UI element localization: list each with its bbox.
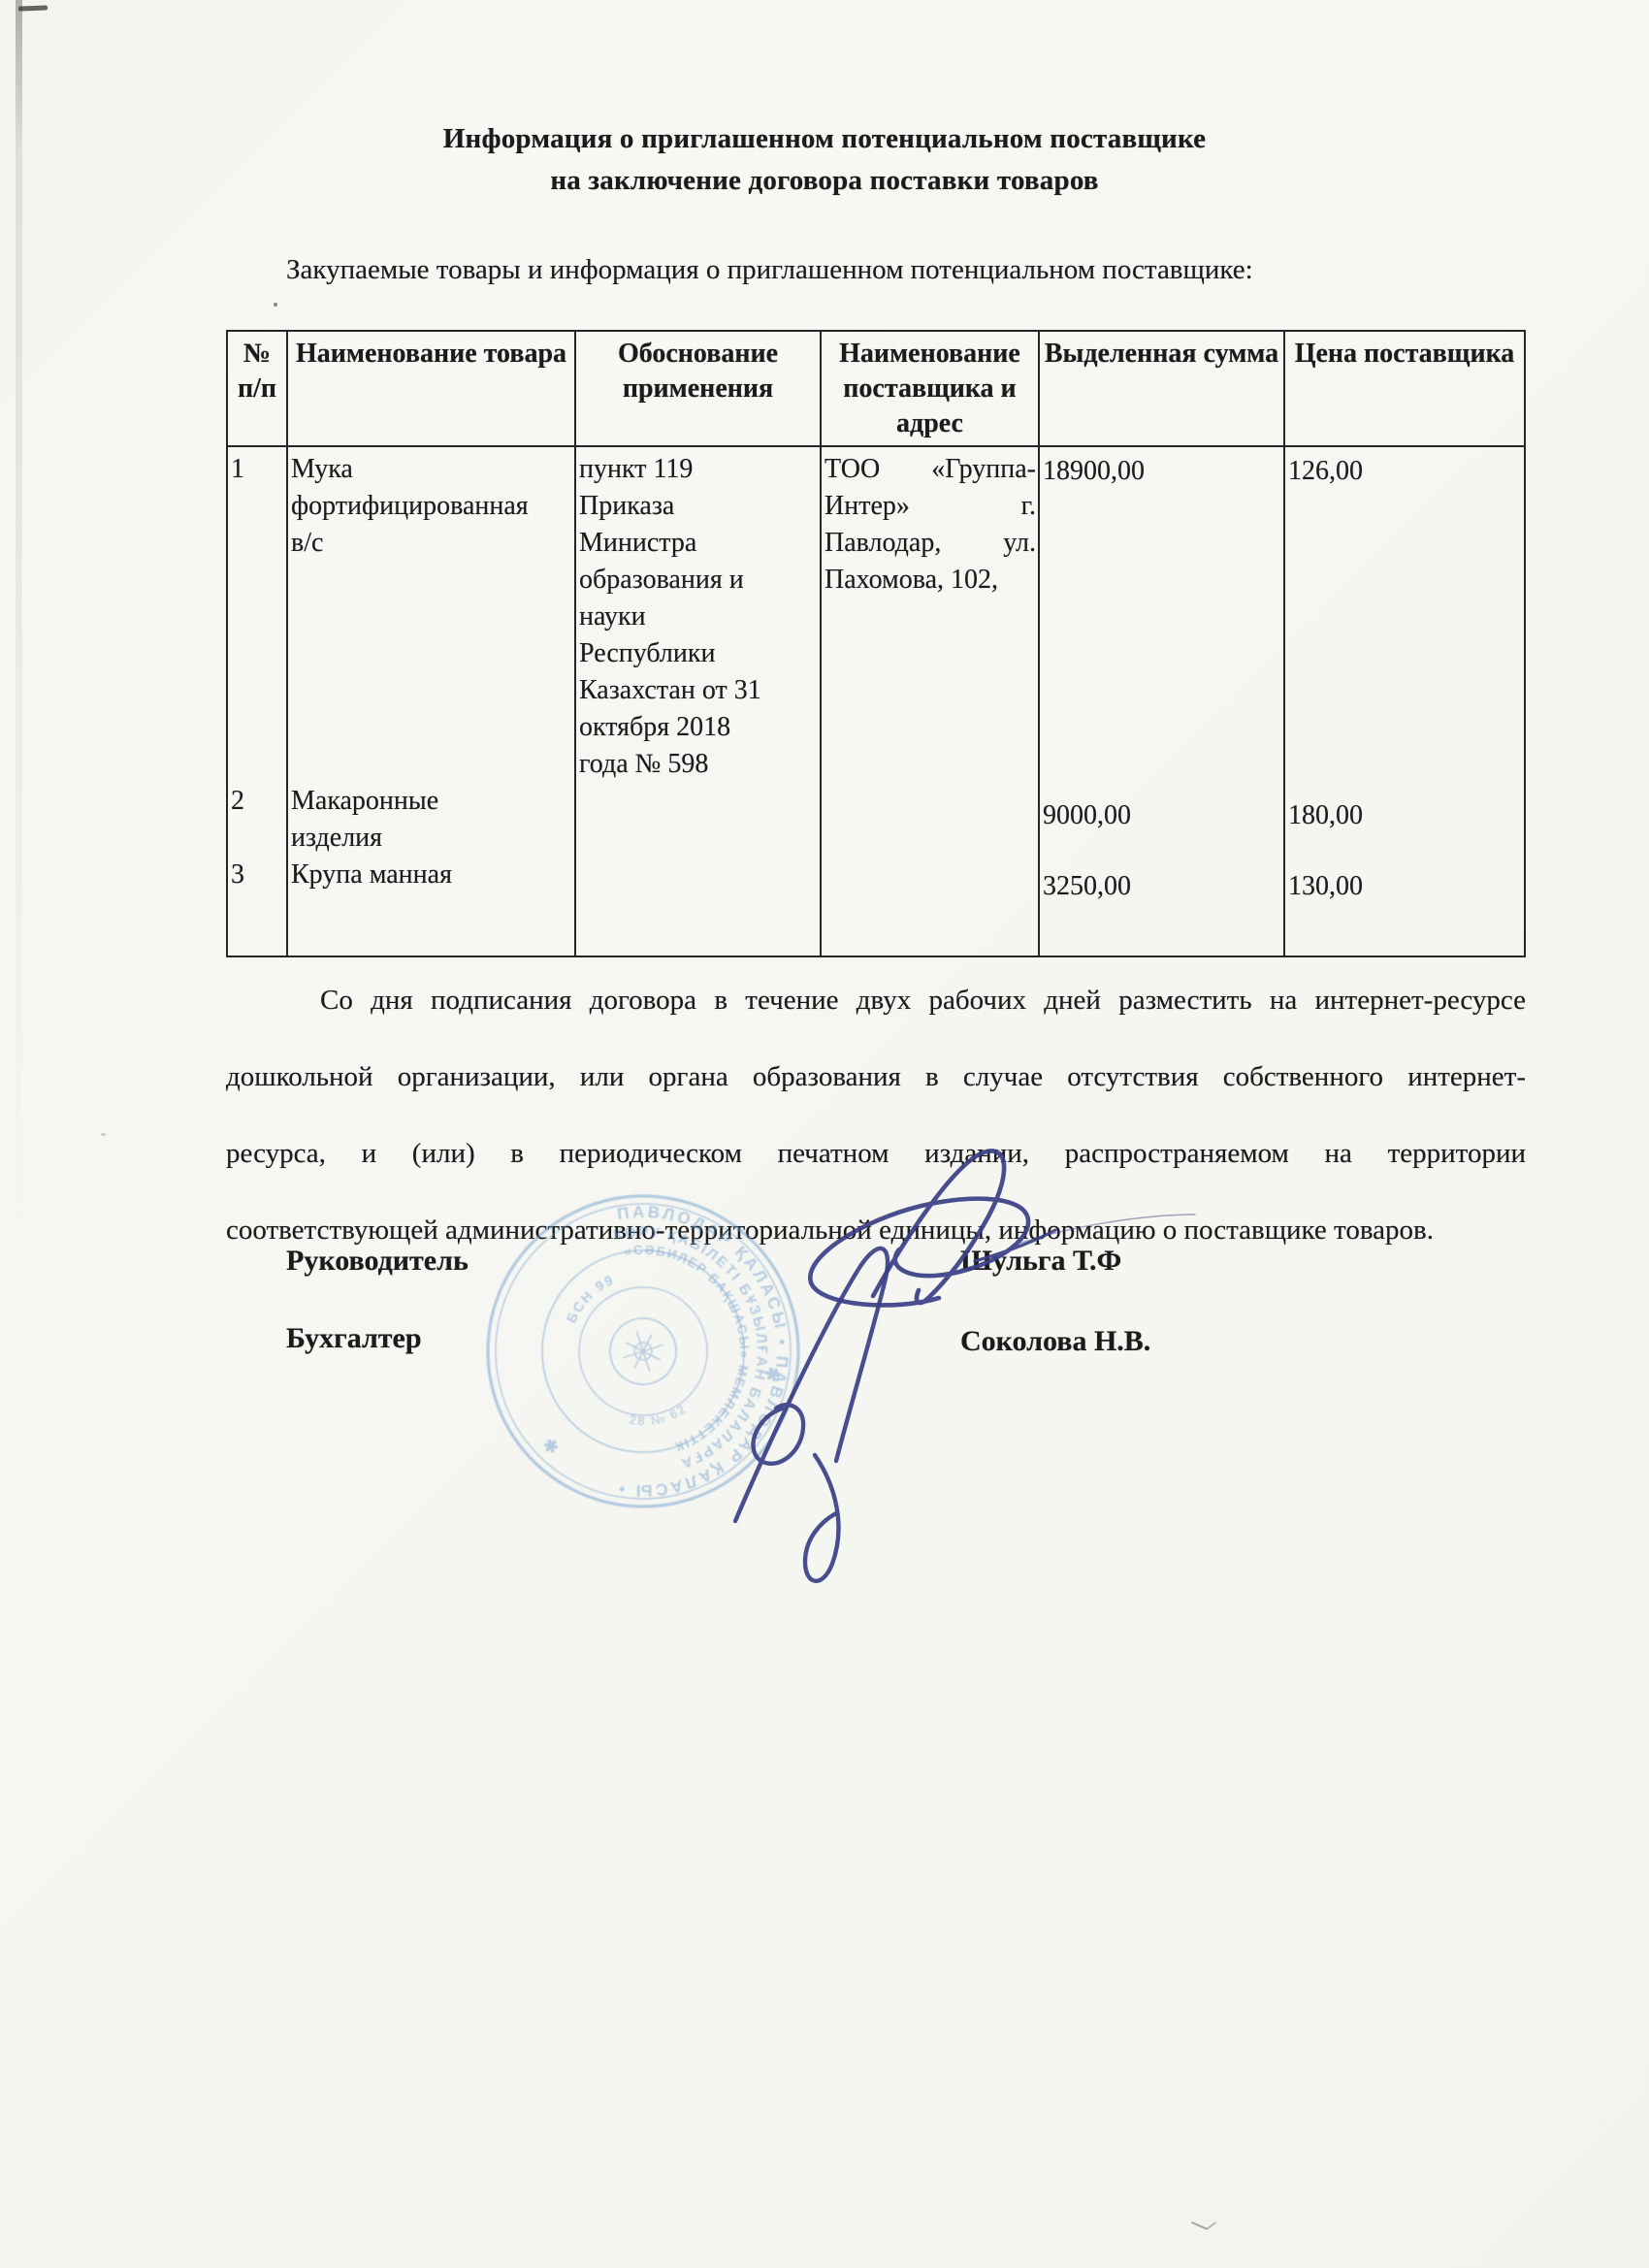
row2-amount: 9000,00: [1043, 797, 1280, 834]
row1-price: 126,00: [1288, 453, 1521, 490]
header-supplier: Наименование поставщика и адрес: [822, 332, 1040, 447]
row2-price: 180,00: [1288, 797, 1521, 834]
scan-speck: [101, 1133, 106, 1136]
stamp-star: ✱: [541, 1435, 562, 1458]
handwritten-signatures: [621, 1106, 1261, 1610]
header-justification: Обоснование применения: [576, 332, 822, 447]
svg-text:БСН 99: БСН 99: [554, 1271, 625, 1329]
signer-role-accountant: Бухгалтер: [286, 1322, 422, 1355]
row3-price: 130,00: [1288, 868, 1521, 905]
director-signature: [810, 1150, 1195, 1305]
table-header-row: № п/п Наименование товара Обоснование пр…: [228, 332, 1524, 447]
signature-strokes: [621, 1106, 1261, 1610]
document-title-line2: на заключение договора поставки товаров: [145, 160, 1503, 202]
column-amount: 18900,00 9000,00 3250,00: [1040, 447, 1285, 956]
row2-product: Макаронные изделия: [291, 783, 526, 857]
row3-product: Крупа манная: [291, 857, 571, 893]
header-price: Цена поставщика: [1285, 332, 1524, 447]
row3-amount: 3250,00: [1043, 868, 1280, 905]
accountant-signature: [735, 1248, 888, 1581]
scan-edge-shadow: [16, 0, 22, 1261]
document-title: Информация о приглашенном потенциальном …: [145, 118, 1503, 202]
row1-supplier: ТОО «Группа-Интер» г. Павлодар, ул. Пахо…: [824, 451, 1036, 599]
header-num: № п/п: [228, 332, 288, 447]
scan-corner-mark: [18, 5, 48, 11]
stamp-bsn-text: БСН 99: [554, 1271, 625, 1329]
header-product: Наименование товара: [288, 332, 576, 447]
column-num: 1 2 3: [228, 447, 288, 956]
intro-paragraph: Закупаемые товары и информация о приглаш…: [226, 250, 1526, 289]
column-price: 126,00 180,00 130,00: [1285, 447, 1524, 956]
row1-justification: пункт 119 Приказа Министра образования и…: [579, 451, 783, 783]
row1-amount: 18900,00: [1043, 453, 1280, 490]
column-justification: пункт 119 Приказа Министра образования и…: [576, 447, 822, 956]
row1-num: 1: [231, 451, 283, 488]
table-body: 1 2 3 Мука фортифицированная в/с Макарон…: [228, 447, 1524, 956]
row3-num: 3: [231, 857, 283, 893]
row1-product: Мука фортифицированная в/с: [291, 451, 526, 562]
column-product: Мука фортифицированная в/с Макаронные из…: [288, 447, 576, 956]
scan-speck: [274, 303, 277, 307]
suppliers-table: № п/п Наименование товара Обоснование пр…: [226, 330, 1526, 957]
paragraph-line: Со дня подписания договора в течение дву…: [226, 982, 1526, 1058]
scan-pencil-mark: [1191, 2216, 1217, 2230]
row2-num: 2: [231, 783, 283, 820]
header-amount: Выделенная сумма: [1040, 332, 1285, 447]
column-supplier: ТОО «Группа-Интер» г. Павлодар, ул. Пахо…: [822, 447, 1040, 956]
document-title-line1: Информация о приглашенном потенциальном …: [145, 118, 1503, 160]
